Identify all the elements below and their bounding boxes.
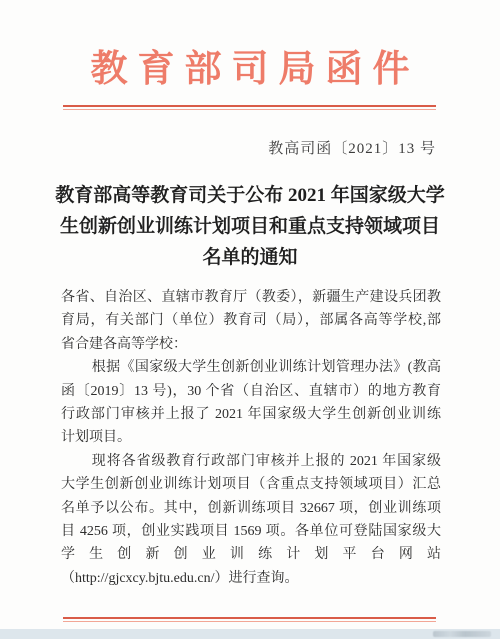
notice-title: 教育部高等教育司关于公布 2021 年国家级大学 生创新创业训练计划项目和重点支… <box>40 180 460 273</box>
body-line: 目 4256 项，创业实践项目 1569 项。各单位可登陆国家级大 <box>61 520 441 543</box>
body-line: 现将各省级教育行政部门审核并上报的 2021 年国家级 <box>61 450 441 473</box>
body-line: 省合建各高等学校： <box>61 333 441 356</box>
notice-body: 各省、自治区、直辖市教育厅（教委），新疆生产建设兵团教 育局，有关部门（单位）教… <box>61 286 441 590</box>
body-line-platform-url: （http://gjcxcy.bjtu.edu.cn/）进行查询。 <box>61 567 441 590</box>
bottom-scan-band <box>0 629 500 639</box>
notice-title-line-2: 生创新创业训练计划项目和重点支持领域项目 <box>40 211 460 242</box>
body-line: 育局，有关部门（单位）教育司（局），部属各高等学校,部 <box>61 309 441 332</box>
document-number: 教高司函〔2021〕13 号 <box>268 137 436 158</box>
notice-title-line-3: 名单的通知 <box>40 242 460 273</box>
watermark-illegible <box>433 631 491 637</box>
document-page: 教育部司局函件 教高司函〔2021〕13 号 教育部高等教育司关于公布 2021… <box>0 0 500 639</box>
body-line: 计划项目。 <box>61 426 441 449</box>
body-line: 根据《国家级大学生创新创业训练计划管理办法》(教高 <box>61 356 441 379</box>
body-line: 大学生创新创业训练计划项目（含重点支持领域项目）汇总 <box>61 473 441 496</box>
body-line: 学生创新创业训练计划平台网站 <box>61 543 441 566</box>
body-line: 各省、自治区、直辖市教育厅（教委），新疆生产建设兵团教 <box>61 286 441 309</box>
body-line: 行政部门审核并上报了 2021 年国家级大学生创新创业训练 <box>61 403 441 426</box>
body-line: 名单予以公布。其中，创新训练项目 32667 项，创业训练项 <box>61 497 441 520</box>
header-divider-line <box>63 105 436 110</box>
body-line: 函〔2019〕13 号)，30 个省（自治区、直辖市）的地方教育 <box>61 380 441 403</box>
letterhead-title: 教育部司局函件 <box>0 47 500 93</box>
notice-title-line-1: 教育部高等教育司关于公布 2021 年国家级大学 <box>40 180 460 211</box>
footer-divider-line <box>63 617 436 622</box>
